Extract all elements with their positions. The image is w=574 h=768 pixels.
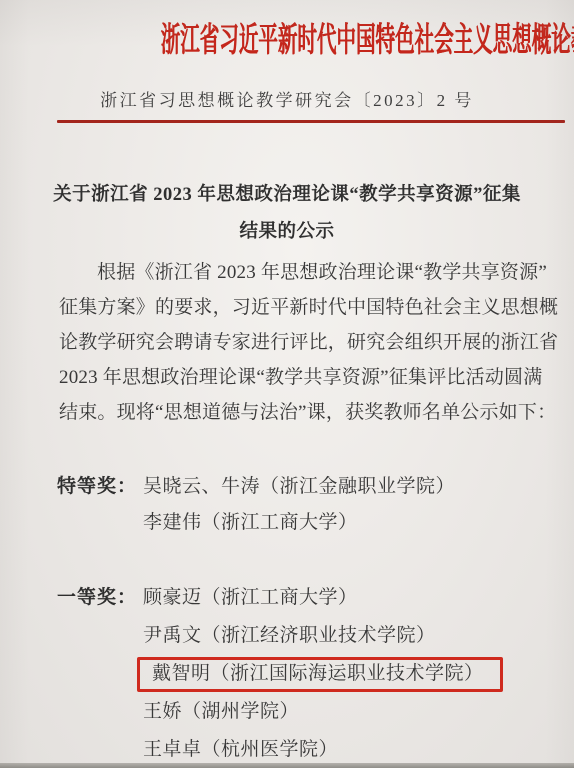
award-entry: 尹禹文（浙江经济职业技术学院） — [143, 617, 557, 655]
body-paragraph: 根据《浙江省 2023 年思想政治理论课“教学共享资源” 征集方案》的要求，习近… — [59, 255, 551, 430]
organization-banner-text: 浙江省习近平新时代中国特色社会主义思想概论教学研究会文件 — [161, 12, 574, 61]
award-entries: 吴晓云、牛涛（浙江金融职业学院） 李建伟（浙江工商大学） — [143, 469, 557, 541]
red-divider-rule — [57, 120, 565, 123]
scan-bottom-edge-shadow — [0, 763, 574, 768]
awards-list: 特等奖： 吴晓云、牛涛（浙江金融职业学院） 李建伟（浙江工商大学） 一等奖： 顾… — [57, 469, 557, 768]
red-highlight-box: 戴智明（浙江国际海运职业技术学院） — [137, 657, 503, 692]
award-entries: 顾豪迈（浙江工商大学） 尹禹文（浙江经济职业技术学院） 戴智明（浙江国际海运职业… — [143, 579, 557, 768]
body-line: 根据《浙江省 2023 年思想政治理论课“教学共享资源” — [59, 255, 551, 290]
award-entry: 顾豪迈（浙江工商大学） — [143, 579, 557, 617]
document-title: 关于浙江省 2023 年思想政治理论课“教学共享资源”征集 结果的公示 — [20, 177, 554, 251]
document-page: 浙江省习近平新时代中国特色社会主义思想概论教学研究会文件 浙江省习思想概论教学研… — [0, 0, 574, 768]
award-group-first-prize: 一等奖： 顾豪迈（浙江工商大学） 尹禹文（浙江经济职业技术学院） 戴智明（浙江国… — [57, 579, 557, 768]
award-label: 一等奖： — [57, 579, 143, 617]
award-entry: 吴晓云、牛涛（浙江金融职业学院） — [143, 469, 557, 505]
body-line: 2023 年思想政治理论课“教学共享资源”征集评比活动圆满 — [59, 360, 551, 395]
document-number: 浙江省习思想概论教学研究会〔2023〕2 号 — [0, 86, 574, 111]
award-entry-highlighted: 戴智明（浙江国际海运职业技术学院） — [143, 655, 557, 693]
award-entry-text: 戴智明（浙江国际海运职业技术学院） — [152, 663, 484, 684]
award-entry: 李建伟（浙江工商大学） — [143, 505, 557, 541]
red-header-banner: 浙江省习近平新时代中国特色社会主义思想概论教学研究会文件 — [0, 14, 574, 59]
body-line: 结束。现将“思想道德与法治”课，获奖教师名单公示如下： — [59, 395, 551, 430]
document-title-line1: 关于浙江省 2023 年思想政治理论课“教学共享资源”征集 — [20, 177, 554, 214]
body-line: 征集方案》的要求，习近平新时代中国特色社会主义思想概 — [59, 290, 551, 325]
body-line: 论教学研究会聘请专家进行评比，研究会组织开展的浙江省 — [59, 325, 551, 360]
document-title-line2: 结果的公示 — [20, 214, 554, 251]
award-entry: 王娇（湖州学院） — [143, 693, 557, 731]
award-label: 特等奖： — [57, 469, 143, 505]
award-group-special-prize: 特等奖： 吴晓云、牛涛（浙江金融职业学院） 李建伟（浙江工商大学） — [57, 469, 557, 541]
